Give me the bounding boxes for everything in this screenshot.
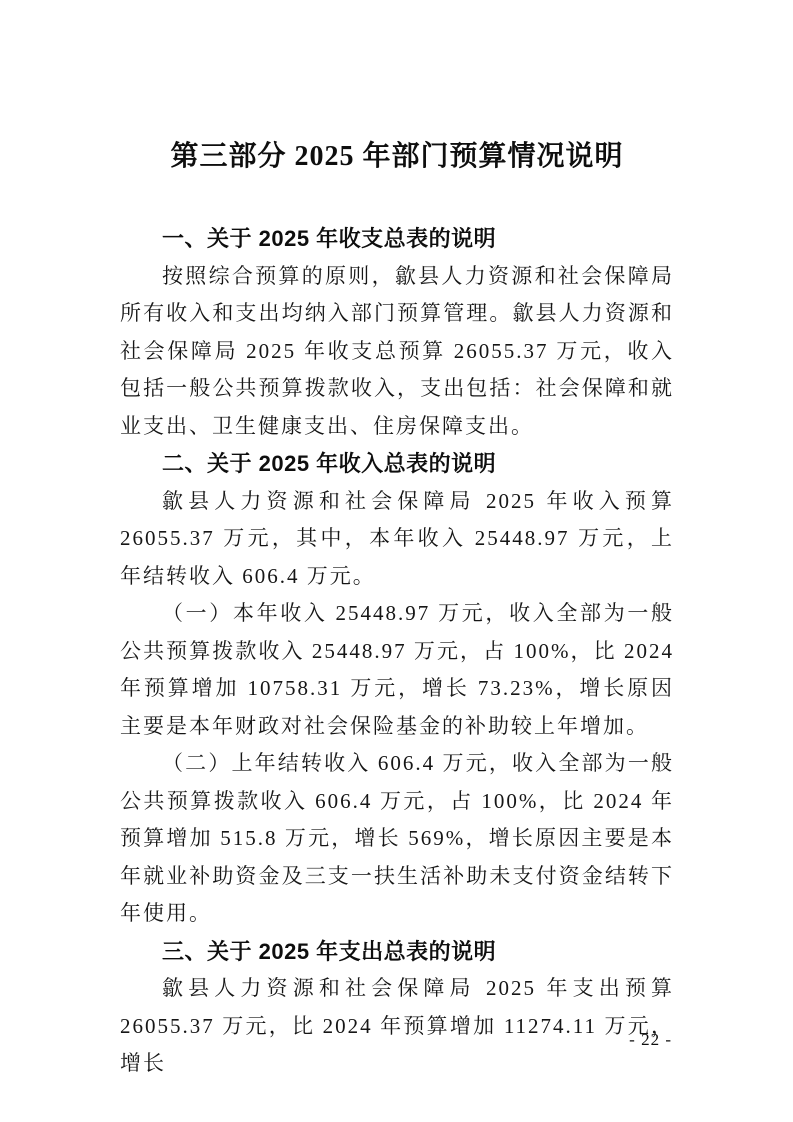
section-heading-2: 二、关于 2025 年收入总表的说明	[120, 445, 674, 483]
section-heading-3: 三、关于 2025 年支出总表的说明	[120, 933, 674, 971]
paragraph-2-2: （一）本年收入 25448.97 万元，收入全部为一般公共预算拨款收入 2544…	[120, 595, 674, 745]
paragraph-1-1: 按照综合预算的原则，歙县人力资源和社会保障局所有收入和支出均纳入部门预算管理。歙…	[120, 258, 674, 446]
page-number: - 22 -	[629, 1029, 672, 1050]
section-expenditure-statement: 三、关于 2025 年支出总表的说明 歙县人力资源和社会保障局 2025 年支出…	[120, 933, 674, 1083]
document-page: 第三部分 2025 年部门预算情况说明 一、关于 2025 年收支总表的说明 按…	[0, 0, 793, 1122]
section-revenue-expenditure-overview: 一、关于 2025 年收支总表的说明 按照综合预算的原则，歙县人力资源和社会保障…	[120, 220, 674, 445]
paragraph-3-1: 歙县人力资源和社会保障局 2025 年支出预算 26055.37 万元，比 20…	[120, 970, 674, 1083]
section-heading-1: 一、关于 2025 年收支总表的说明	[120, 220, 674, 258]
document-title: 第三部分 2025 年部门预算情况说明	[120, 140, 674, 173]
paragraph-2-1: 歙县人力资源和社会保障局 2025 年收入预算 26055.37 万元，其中，本…	[120, 483, 674, 596]
document-content: 第三部分 2025 年部门预算情况说明 一、关于 2025 年收支总表的说明 按…	[120, 0, 674, 1083]
section-income-statement: 二、关于 2025 年收入总表的说明 歙县人力资源和社会保障局 2025 年收入…	[120, 445, 674, 933]
paragraph-2-3: （二）上年结转收入 606.4 万元，收入全部为一般公共预算拨款收入 606.4…	[120, 745, 674, 933]
